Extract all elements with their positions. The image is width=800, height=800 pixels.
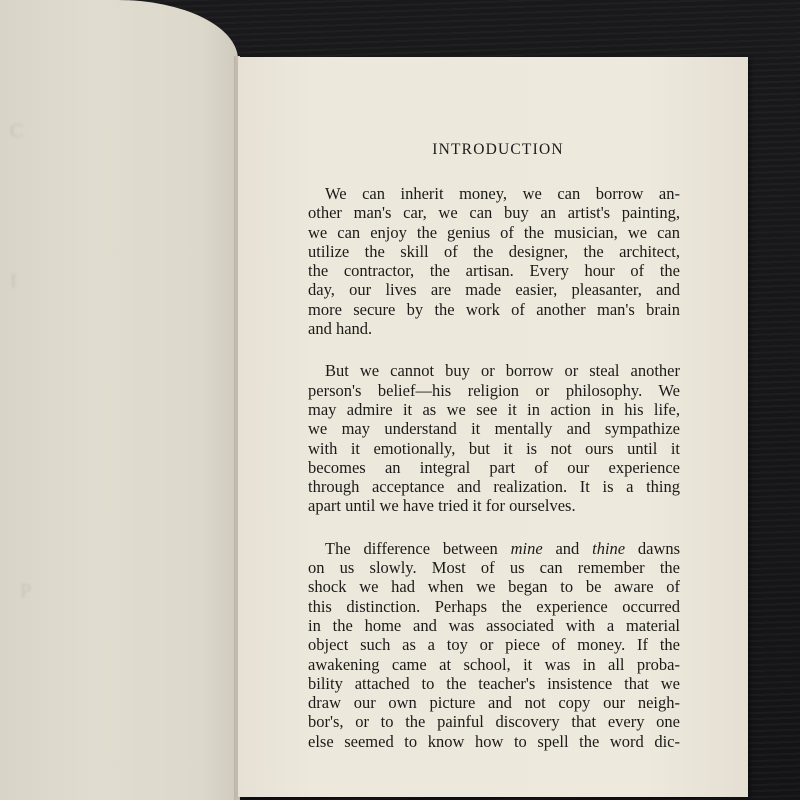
left-page-bleed-through: P: [20, 580, 31, 603]
text-line: But we cannot buy or borrow or steal ano…: [308, 361, 680, 380]
text-line: this distinction. Perhaps the experience…: [308, 597, 680, 616]
text-line: with it emotionally, but it is not ours …: [308, 439, 680, 458]
text-line: utilize the skill of the designer, the a…: [308, 242, 680, 261]
left-page: C I P: [0, 0, 238, 800]
text-line: draw our own picture and not copy our ne…: [308, 693, 680, 712]
text-line: bor's, or to the painful discovery that …: [308, 712, 680, 731]
left-page-bleed-through: I: [10, 270, 17, 293]
text-line: may admire it as we see it in action in …: [308, 400, 680, 419]
text-line: more secure by the work of another man's…: [308, 300, 680, 319]
text-line: else seemed to know how to spell the wor…: [308, 732, 680, 751]
text-line: on us slowly. Most of us can remember th…: [308, 558, 680, 577]
text-line: and hand.: [308, 319, 680, 338]
text-line: in the home and was associated with a ma…: [308, 616, 680, 635]
text-line: day, our lives are made easier, pleasant…: [308, 280, 680, 299]
text-line: becomes an integral part of our experien…: [308, 458, 680, 477]
paragraph-3: The difference between mine and thine da…: [308, 539, 680, 751]
text-line: bility attached to the teacher's insiste…: [308, 674, 680, 693]
italic-word: thine: [592, 539, 625, 558]
italic-word: mine: [511, 539, 543, 558]
text-line: shock we had when we began to be aware o…: [308, 577, 680, 596]
text-line: apart until we have tried it for ourselv…: [308, 496, 680, 515]
text-line: we can enjoy the genius of the musician,…: [308, 223, 680, 242]
left-page-bleed-through: C: [10, 120, 23, 143]
page-text: INTRODUCTION We can inherit money, we ca…: [308, 141, 680, 774]
text-line: we may understand it mentally and sympat…: [308, 419, 680, 438]
text-line-with-italics: The difference between mine and thine da…: [308, 539, 680, 558]
text-line: awakening came at school, it was in all …: [308, 655, 680, 674]
text-line: We can inherit money, we can borrow an-: [308, 184, 680, 203]
chapter-heading: INTRODUCTION: [308, 141, 680, 159]
text-line: object such as a toy or piece of money. …: [308, 635, 680, 654]
text-line: the contractor, the artisan. Every hour …: [308, 261, 680, 280]
text-line: through acceptance and realization. It i…: [308, 477, 680, 496]
paragraph-1: We can inherit money, we can borrow an- …: [308, 184, 680, 338]
text-line: person's belief—his religion or philosop…: [308, 381, 680, 400]
paragraph-2: But we cannot buy or borrow or steal ano…: [308, 361, 680, 515]
text-line: other man's car, we can buy an artist's …: [308, 203, 680, 222]
